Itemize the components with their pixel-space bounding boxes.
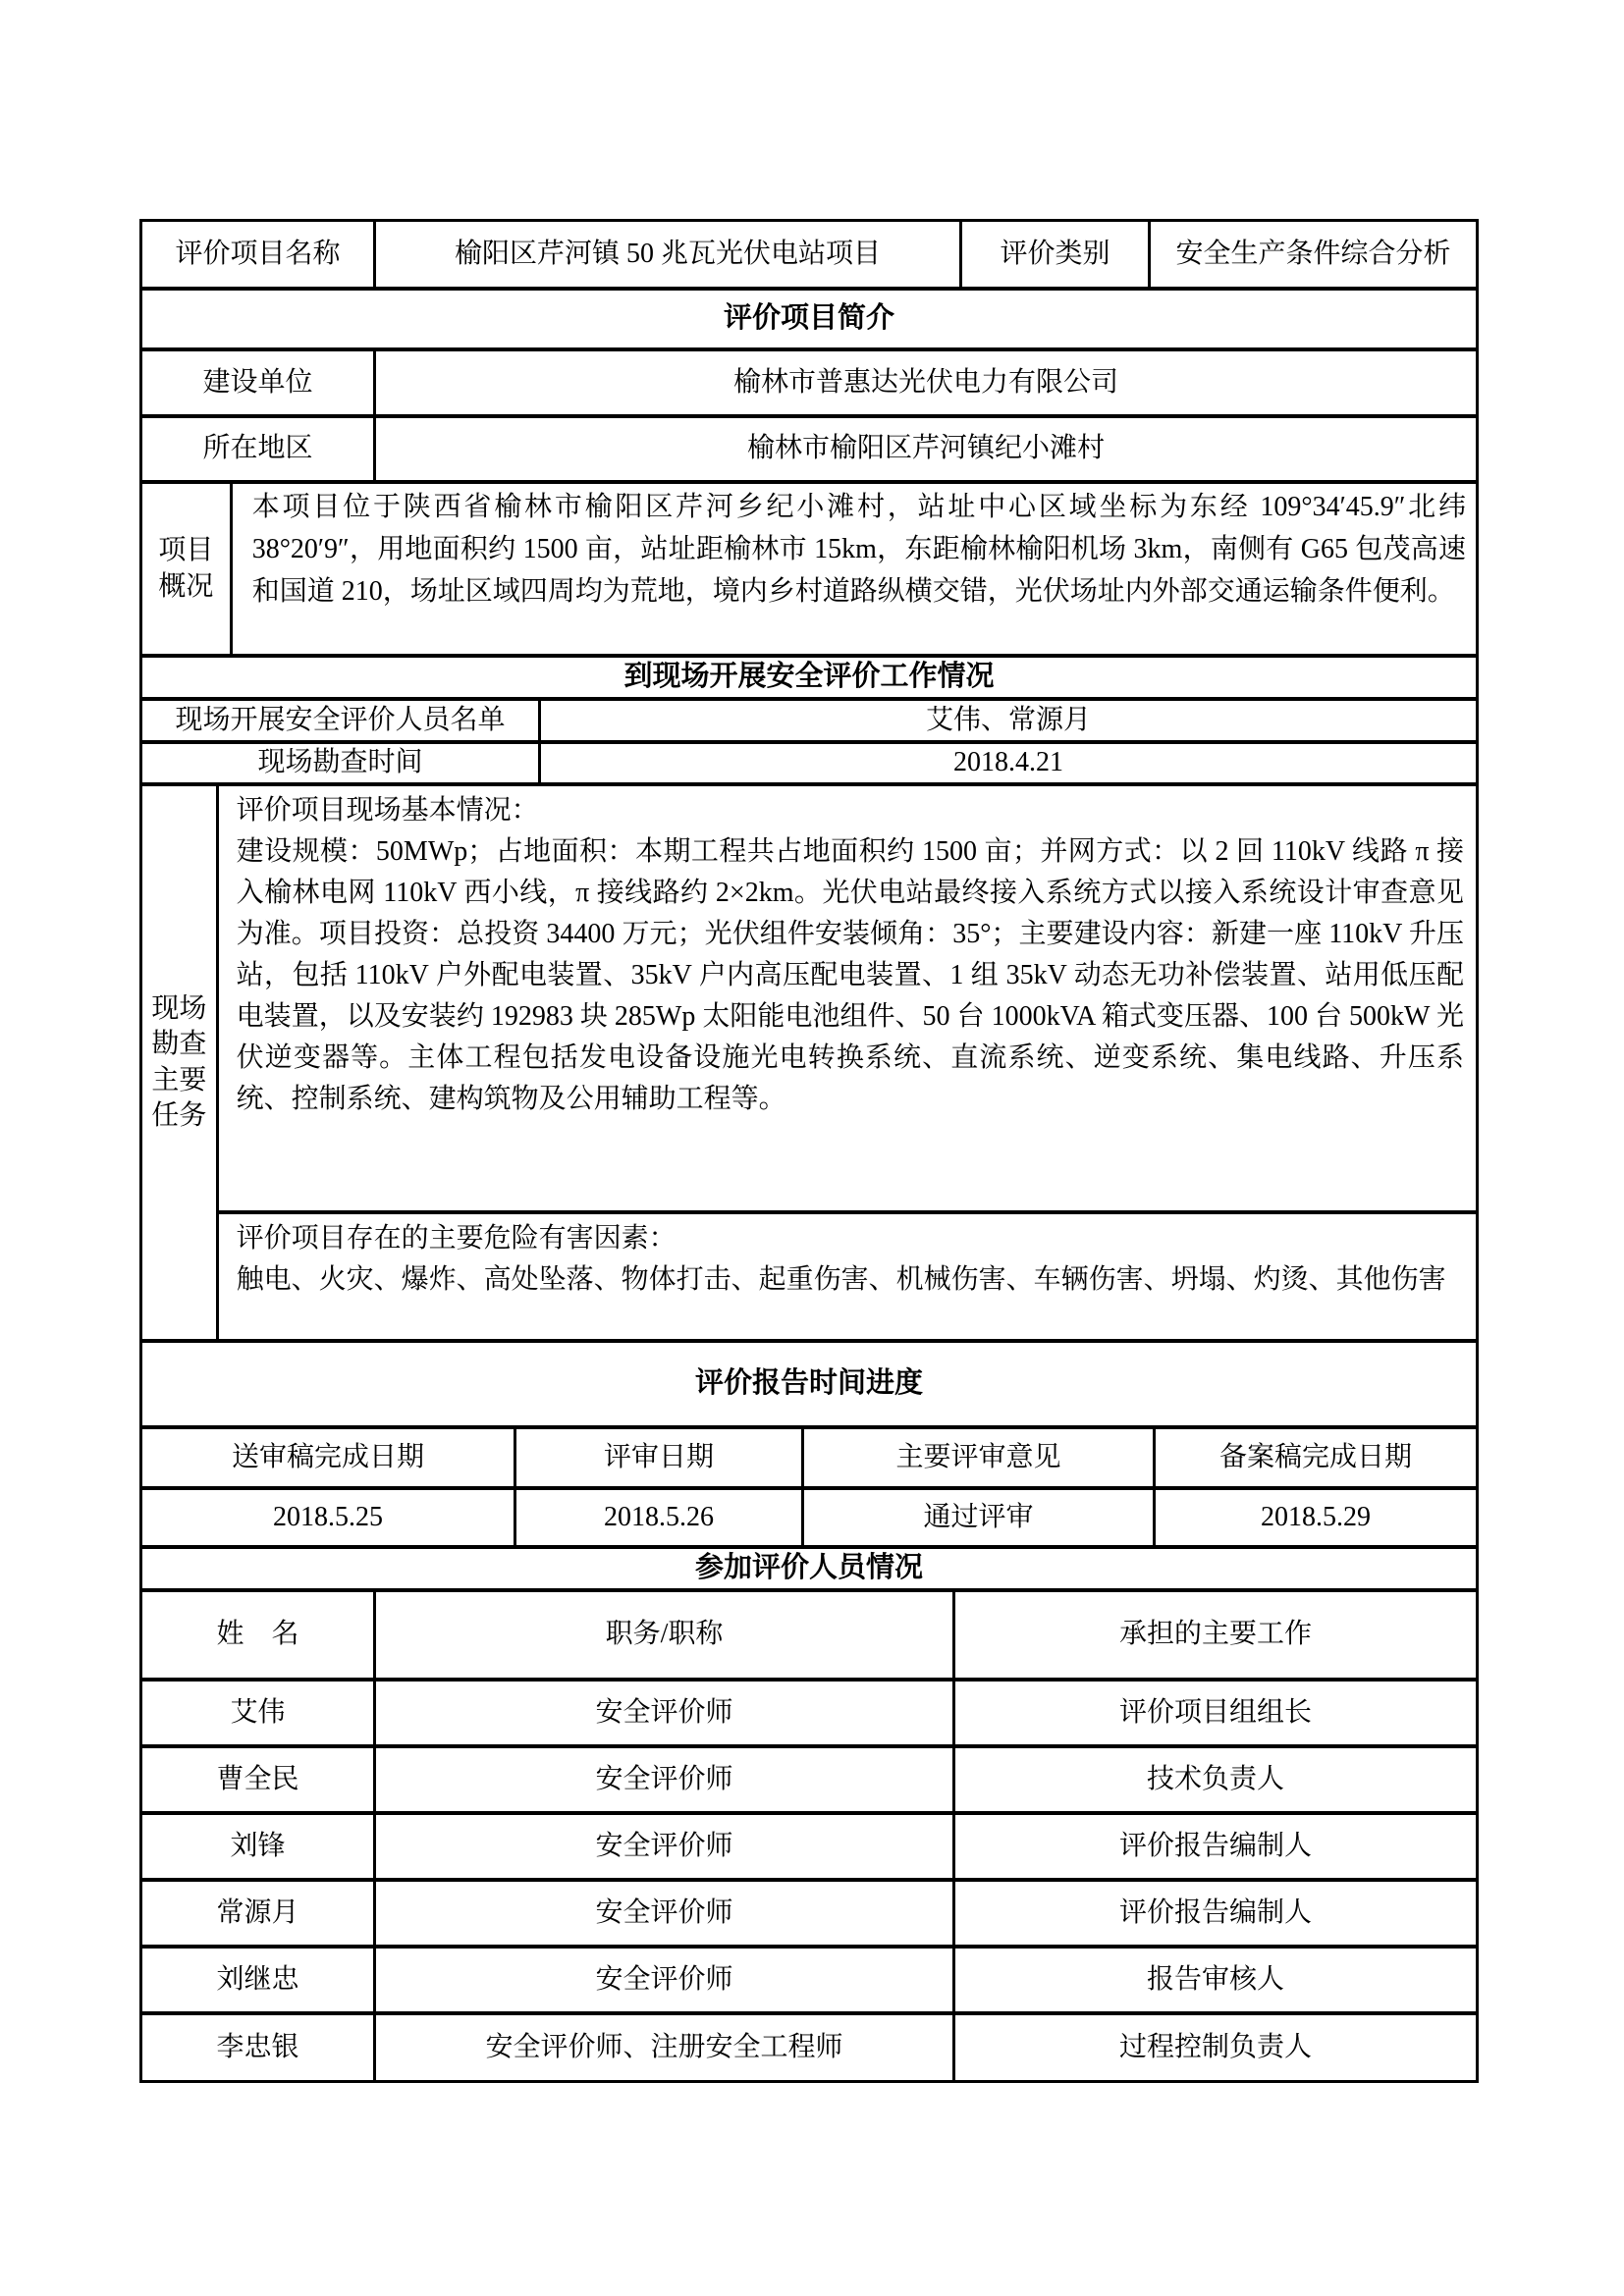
hazards-cell: 评价项目存在的主要危险有害因素： 触电、火灾、爆炸、高处坠落、物体打击、起重伤害… (219, 1214, 1476, 1339)
participant-work: 评价报告编制人 (955, 1882, 1476, 1945)
location-value: 榆林市榆阳区芹河镇纪小滩村 (376, 418, 1476, 480)
schedule-header-row: 送审稿完成日期 评审日期 主要评审意见 备案稿完成日期 (142, 1429, 1476, 1490)
project-name-row: 评价项目名称 榆阳区芹河镇 50 兆瓦光伏电站项目 评价类别 安全生产条件综合分… (142, 222, 1476, 291)
participant-row: 曹全民 安全评价师 技术负责人 (142, 1748, 1476, 1815)
participant-work: 技术负责人 (955, 1748, 1476, 1811)
hazards-body: 触电、火灾、爆炸、高处坠落、物体打击、起重伤害、机械伤害、车辆伤害、坍塌、灼烫、… (237, 1259, 1464, 1301)
participant-row: 李忠银 安全评价师、注册安全工程师 过程控制负责人 (142, 2015, 1476, 2080)
project-overview-row: 项目概况 本项目位于陕西省榆林市榆阳区芹河乡纪小滩村，站址中心区域坐标为东经 1… (142, 484, 1476, 658)
site-basic-conditions-title: 评价项目现场基本情况： (237, 790, 1464, 831)
participant-row: 刘锋 安全评价师 评价报告编制人 (142, 1815, 1476, 1882)
participant-work: 评价报告编制人 (955, 1815, 1476, 1878)
participants-header-row: 姓 名 职务/职称 承担的主要工作 (142, 1592, 1476, 1682)
project-name-label: 评价项目名称 (142, 222, 376, 287)
participant-work: 过程控制负责人 (955, 2015, 1476, 2080)
participant-row: 艾伟 安全评价师 评价项目组组长 (142, 1682, 1476, 1748)
evaluation-report-table: 评价项目名称 榆阳区芹河镇 50 兆瓦光伏电站项目 评价类别 安全生产条件综合分… (139, 219, 1479, 2083)
survey-tasks-row: 现场勘查主要任务 评价项目现场基本情况： 建设规模：50MWp；占地面积：本期工… (142, 786, 1476, 1343)
participants-header-name: 姓 名 (142, 1592, 376, 1678)
schedule-header-final-date: 备案稿完成日期 (1156, 1429, 1476, 1486)
section-intro-header: 评价项目简介 (142, 291, 1476, 347)
section-participants-header: 参加评价人员情况 (142, 1549, 1476, 1588)
participant-row: 常源月 安全评价师 评价报告编制人 (142, 1882, 1476, 1949)
construction-unit-value: 榆林市普惠达光伏电力有限公司 (376, 351, 1476, 414)
participant-name: 刘锋 (142, 1815, 376, 1878)
participant-row: 刘继忠 安全评价师 报告审核人 (142, 1949, 1476, 2015)
participant-title: 安全评价师 (376, 1949, 955, 2011)
hazards-title: 评价项目存在的主要危险有害因素： (237, 1218, 1464, 1259)
construction-unit-row: 建设单位 榆林市普惠达光伏电力有限公司 (142, 351, 1476, 418)
schedule-value-review-opinion: 通过评审 (804, 1490, 1156, 1545)
participant-title: 安全评价师 (376, 1882, 955, 1945)
participant-name: 艾伟 (142, 1682, 376, 1744)
site-personnel-row: 现场开展安全评价人员名单 艾伟、常源月 (142, 701, 1476, 744)
participant-title: 安全评价师 (376, 1748, 955, 1811)
site-basic-conditions-body: 建设规模：50MWp；占地面积：本期工程共占地面积约 1500 亩；并网方式：以… (237, 831, 1464, 1120)
section-site-work-header-row: 到现场开展安全评价工作情况 (142, 658, 1476, 701)
section-schedule-header-row: 评价报告时间进度 (142, 1343, 1476, 1429)
participant-title: 安全评价师 (376, 1682, 955, 1744)
project-name-value: 榆阳区芹河镇 50 兆瓦光伏电站项目 (376, 222, 962, 287)
construction-unit-label: 建设单位 (142, 351, 376, 414)
participants-header-title: 职务/职称 (376, 1592, 955, 1678)
section-participants-header-row: 参加评价人员情况 (142, 1549, 1476, 1592)
participant-title: 安全评价师 (376, 1815, 955, 1878)
participant-name: 刘继忠 (142, 1949, 376, 2011)
project-overview-value: 本项目位于陕西省榆林市榆阳区芹河乡纪小滩村，站址中心区域坐标为东经 109°34… (233, 484, 1476, 654)
participant-work: 报告审核人 (955, 1949, 1476, 2011)
site-basic-conditions-cell: 评价项目现场基本情况： 建设规模：50MWp；占地面积：本期工程共占地面积约 1… (219, 786, 1476, 1214)
schedule-value-draft-date: 2018.5.25 (142, 1490, 516, 1545)
section-site-work-header: 到现场开展安全评价工作情况 (142, 658, 1476, 697)
participant-name: 曹全民 (142, 1748, 376, 1811)
survey-date-label: 现场勘查时间 (142, 744, 541, 782)
section-intro-header-row: 评价项目简介 (142, 291, 1476, 351)
location-row: 所在地区 榆林市榆阳区芹河镇纪小滩村 (142, 418, 1476, 484)
survey-date-value: 2018.4.21 (541, 744, 1476, 782)
participants-header-work: 承担的主要工作 (955, 1592, 1476, 1678)
participant-name: 常源月 (142, 1882, 376, 1945)
section-schedule-header: 评价报告时间进度 (142, 1343, 1476, 1425)
evaluation-category-label: 评价类别 (962, 222, 1151, 287)
schedule-header-review-date: 评审日期 (516, 1429, 804, 1486)
document-page: { "doc": { "row1": { "label1": "评价项目名称",… (0, 0, 1624, 2296)
survey-date-row: 现场勘查时间 2018.4.21 (142, 744, 1476, 786)
participant-work: 评价项目组组长 (955, 1682, 1476, 1744)
survey-tasks-label: 现场勘查主要任务 (142, 786, 219, 1339)
site-personnel-value: 艾伟、常源月 (541, 701, 1476, 740)
schedule-header-draft-date: 送审稿完成日期 (142, 1429, 516, 1486)
schedule-value-review-date: 2018.5.26 (516, 1490, 804, 1545)
site-personnel-label: 现场开展安全评价人员名单 (142, 701, 541, 740)
evaluation-category-value: 安全生产条件综合分析 (1151, 222, 1476, 287)
location-label: 所在地区 (142, 418, 376, 480)
participant-name: 李忠银 (142, 2015, 376, 2080)
schedule-header-review-opinion: 主要评审意见 (804, 1429, 1156, 1486)
schedule-values-row: 2018.5.25 2018.5.26 通过评审 2018.5.29 (142, 1490, 1476, 1549)
participant-title: 安全评价师、注册安全工程师 (376, 2015, 955, 2080)
project-overview-label: 项目概况 (142, 484, 233, 654)
survey-tasks-content: 评价项目现场基本情况： 建设规模：50MWp；占地面积：本期工程共占地面积约 1… (219, 786, 1476, 1339)
schedule-value-final-date: 2018.5.29 (1156, 1490, 1476, 1545)
